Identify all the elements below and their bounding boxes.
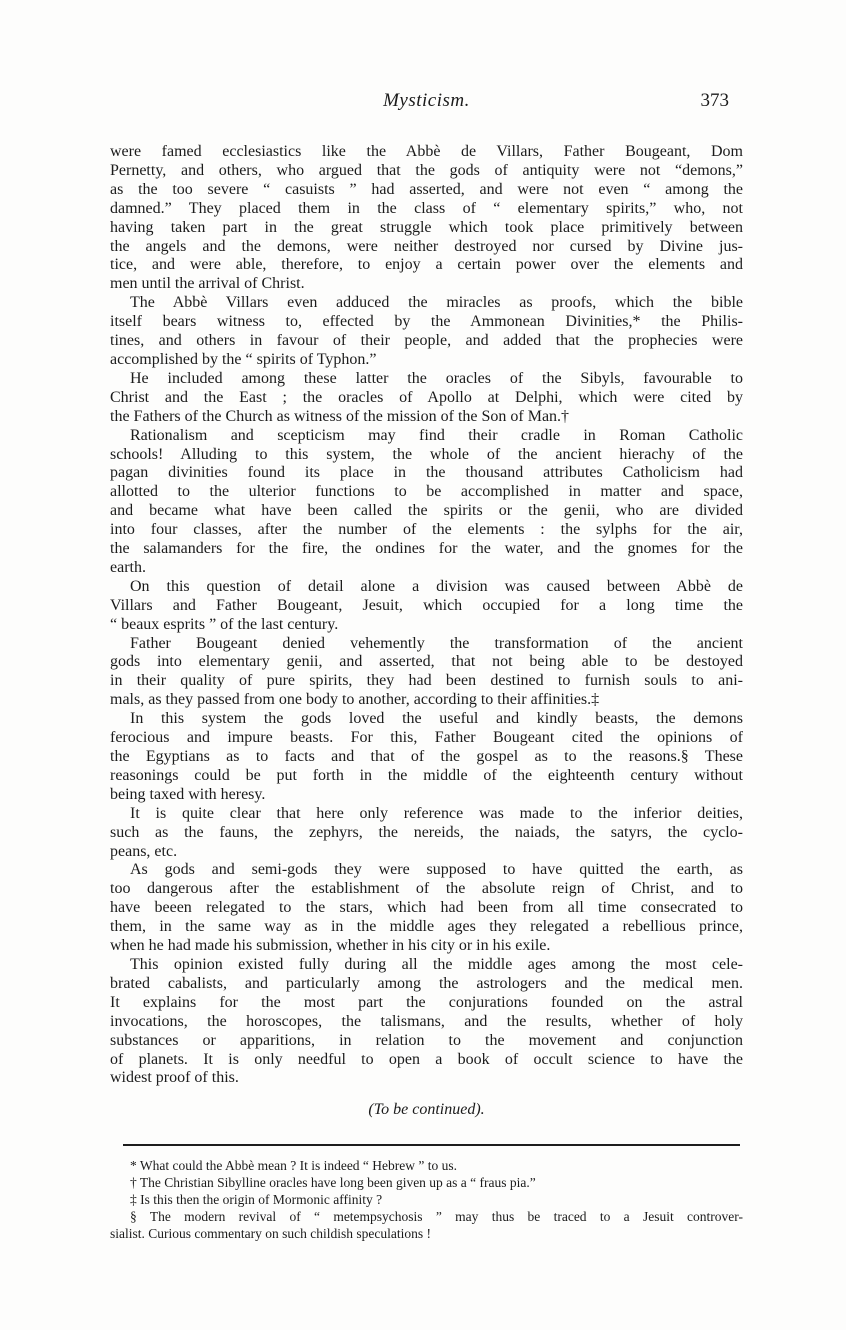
paragraph: The Abbè Villars even adduced the miracl… [110, 294, 743, 370]
paragraph: Rationalism and scepticism may find thei… [110, 427, 743, 578]
text-line: men until the arrival of Christ. [110, 275, 743, 294]
paragraph: As gods and semi-gods they were supposed… [110, 861, 743, 956]
text-line: schools! Alluding to this system, the wh… [110, 446, 743, 465]
text-line: the Fathers of the Church as witness of … [110, 408, 743, 427]
text-line: substances or apparitions, in relation t… [110, 1032, 743, 1051]
text-line: itself bears witness to, effected by the… [110, 313, 743, 332]
paragraph: On this question of detail alone a divis… [110, 578, 743, 635]
text-line: ferocious and impure beasts. For this, F… [110, 729, 743, 748]
text-line: when he had made his submission, whether… [110, 937, 743, 956]
text-line: gods into elementary genii, and asserted… [110, 653, 743, 672]
text-line: sialist. Curious commentary on such chil… [110, 1225, 743, 1242]
footnote-item: * What could the Abbè mean ? It is indee… [110, 1157, 743, 1174]
text-line: the angels and the demons, were neither … [110, 238, 743, 257]
paragraph: He included among these latter the oracl… [110, 370, 743, 427]
text-line: invocations, the horoscopes, the talisma… [110, 1013, 743, 1032]
text-line: have beeen relegated to the stars, which… [110, 899, 743, 918]
text-line: them, in the same way as in the middle a… [110, 918, 743, 937]
text-line: brated cabalists, and particularly among… [110, 975, 743, 994]
text-line: too dangerous after the establishment of… [110, 880, 743, 899]
paragraph: In this system the gods loved the useful… [110, 710, 743, 805]
text-line: into four classes, after the number of t… [110, 521, 743, 540]
text-line: Father Bougeant denied vehemently the tr… [110, 635, 743, 654]
text-line: in their quality of pure spirits, they h… [110, 672, 743, 691]
scanned-page: Mysticism. 373 were famed ecclesiastics … [0, 0, 846, 1330]
footnote-divider [123, 1144, 740, 1146]
text-line: This opinion existed fully during all th… [110, 956, 743, 975]
page-title: Mysticism. [110, 90, 743, 112]
text-line: earth. [110, 559, 743, 578]
paragraph: This opinion existed fully during all th… [110, 956, 743, 1088]
text-line: tines, and others in favour of their peo… [110, 332, 743, 351]
text-line: The Abbè Villars even adduced the miracl… [110, 294, 743, 313]
text-line: and became what have been called the spi… [110, 502, 743, 521]
text-line: were famed ecclesiastics like the Abbè d… [110, 143, 743, 162]
paragraph: Father Bougeant denied vehemently the tr… [110, 635, 743, 711]
text-line: * What could the Abbè mean ? It is indee… [110, 1157, 743, 1174]
running-header: Mysticism. 373 [110, 90, 743, 118]
text-line: It is quite clear that here only referen… [110, 805, 743, 824]
text-line: the Egyptians as to facts and that of th… [110, 748, 743, 767]
text-line: damned.” They placed them in the class o… [110, 200, 743, 219]
text-line: as the too severe “ casuists ” had asser… [110, 181, 743, 200]
text-line: Rationalism and scepticism may find thei… [110, 427, 743, 446]
text-line: † The Christian Sibylline oracles have l… [110, 1174, 743, 1191]
text-line: It explains for the most part the conjur… [110, 994, 743, 1013]
to-be-continued-note: (To be continued). [110, 1100, 743, 1119]
text-line: “ beaux esprits ” of the last century. [110, 616, 743, 635]
text-line: of planets. It is only needful to open a… [110, 1051, 743, 1070]
text-line: In this system the gods loved the useful… [110, 710, 743, 729]
text-line: being taxed with heresy. [110, 786, 743, 805]
footnotes: * What could the Abbè mean ? It is indee… [110, 1157, 743, 1242]
footnote-item: ‡ Is this then the origin of Mormonic af… [110, 1191, 743, 1208]
footnote-item: § The modern revival of “ metempsychosis… [110, 1208, 743, 1242]
text-block: Mysticism. 373 were famed ecclesiastics … [110, 90, 743, 1242]
text-line: reasonings could be put forth in the mid… [110, 767, 743, 786]
text-line: ‡ Is this then the origin of Mormonic af… [110, 1191, 743, 1208]
text-line: pagan divinities found its place in the … [110, 464, 743, 483]
text-line: As gods and semi-gods they were supposed… [110, 861, 743, 880]
footnote-item: † The Christian Sibylline oracles have l… [110, 1174, 743, 1191]
text-line: He included among these latter the oracl… [110, 370, 743, 389]
text-line: widest proof of this. [110, 1069, 743, 1088]
page-number: 373 [701, 90, 730, 112]
text-line: such as the fauns, the zephyrs, the nere… [110, 824, 743, 843]
text-line: mals, as they passed from one body to an… [110, 691, 743, 710]
text-line: peans, etc. [110, 843, 743, 862]
text-line: Christ and the East ; the oracles of Apo… [110, 389, 743, 408]
article-body: were famed ecclesiastics like the Abbè d… [110, 143, 743, 1088]
text-line: On this question of detail alone a divis… [110, 578, 743, 597]
paragraph: It is quite clear that here only referen… [110, 805, 743, 862]
text-line: § The modern revival of “ metempsychosis… [110, 1208, 743, 1225]
text-line: tice, and were able, therefore, to enjoy… [110, 256, 743, 275]
text-line: Pernetty, and others, who argued that th… [110, 162, 743, 181]
text-line: Villars and Father Bougeant, Jesuit, whi… [110, 597, 743, 616]
text-line: accomplished by the “ spirits of Typhon.… [110, 351, 743, 370]
text-line: the salamanders for the fire, the ondine… [110, 540, 743, 559]
text-line: having taken part in the great struggle … [110, 219, 743, 238]
text-line: allotted to the ulterior functions to be… [110, 483, 743, 502]
paragraph: were famed ecclesiastics like the Abbè d… [110, 143, 743, 294]
